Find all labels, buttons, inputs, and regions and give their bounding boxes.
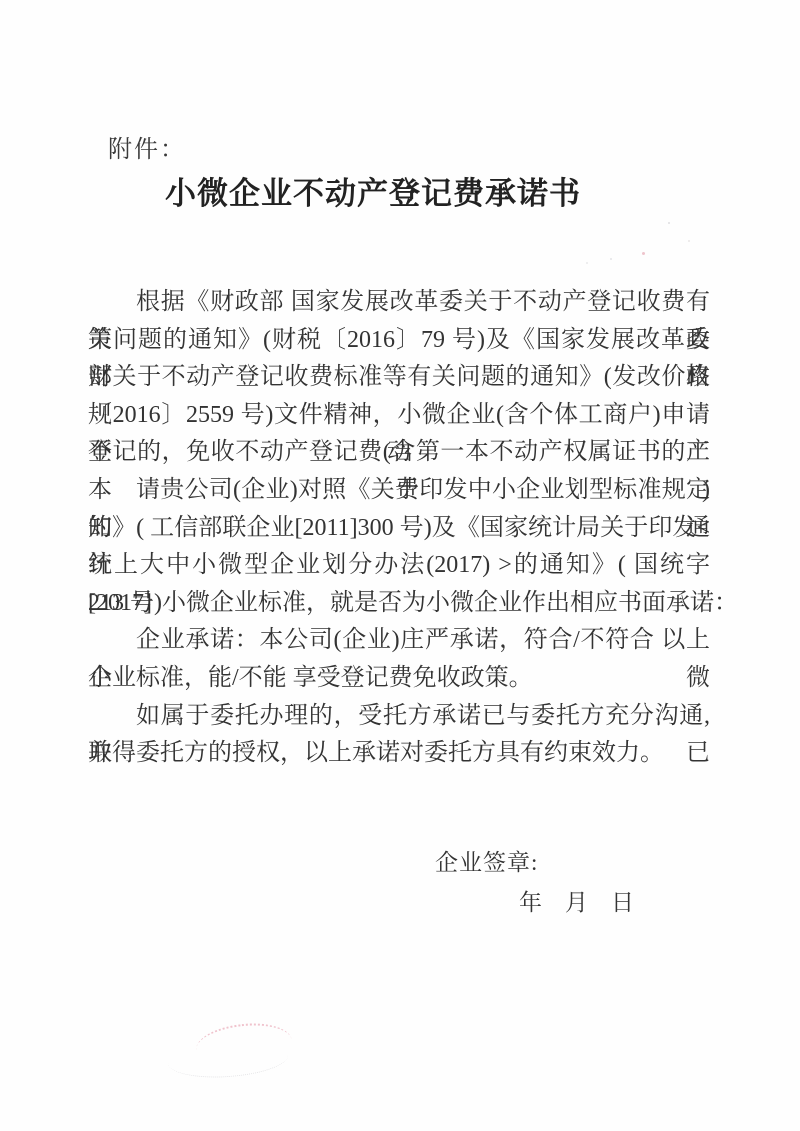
body-line-8: 计上大中小微型企业划分办法(2017) >的通知》( 国统字[2017] bbox=[88, 547, 710, 585]
body-line-3: 部关于不动产登记收费标准等有关问题的通知》(发改价格规 bbox=[88, 359, 710, 397]
stamp-ghost-arc2-icon bbox=[167, 1038, 289, 1081]
body-line-13: 取得委托方的授权，以上承诺对委托方具有约束效力。 bbox=[88, 735, 710, 773]
body-line-6: 请贵公司(企业)对照《关于印发中小企业划型标准规定的通 bbox=[88, 472, 710, 510]
scan-speck-icon bbox=[688, 240, 690, 242]
scan-speck-icon bbox=[586, 262, 588, 264]
body-line-2: 策问题的通知》(财税〔2016〕79 号)及《国家发展改革委 财政 bbox=[88, 322, 710, 360]
scan-speck-icon bbox=[668, 222, 670, 224]
body-line-7: 知》( 工信部联企业[2011]300 号)及《国家统计局关于印发<统 bbox=[88, 510, 710, 548]
scan-speck-icon bbox=[610, 258, 612, 260]
scan-speck-icon bbox=[642, 252, 645, 255]
body-line-1: 根据《财政部 国家发展改革委关于不动产登记收费有关政 bbox=[88, 284, 710, 322]
stamp-ghost-arc-icon bbox=[194, 1019, 294, 1071]
body-line-5: 登记的，免收不动产登记费(含第一本不动产权属证书的工本费) bbox=[88, 434, 710, 472]
document-title: 小微企业不动产登记费承诺书 bbox=[62, 168, 684, 213]
body-line-9: 213 号)小微企业标准，就是否为小微企业作出相应书面承诺： bbox=[88, 585, 710, 623]
body-line-4: 〔2016〕2559 号)文件精神，小微企业(含个体工商户)申请不动产 bbox=[88, 397, 710, 435]
signature-date-line: 年 月 日 bbox=[519, 884, 634, 917]
body-line-10: 企业承诺：本公司(企业)庄严承诺，符合/不符合 以上小微 bbox=[88, 622, 710, 660]
attachment-label: 附件： bbox=[108, 129, 186, 164]
document-body: 根据《财政部 国家发展改革委关于不动产登记收费有关政 策问题的通知》(财税〔20… bbox=[88, 284, 710, 773]
body-line-12: 如属于委托办理的，受托方承诺已与委托方充分沟通, 并已 bbox=[88, 698, 710, 736]
scanned-document-page: 附件： 小微企业不动产登记费承诺书 根据《财政部 国家发展改革委关于不动产登记收… bbox=[0, 0, 800, 1131]
signature-seal-label: 企业签章: bbox=[435, 844, 538, 877]
